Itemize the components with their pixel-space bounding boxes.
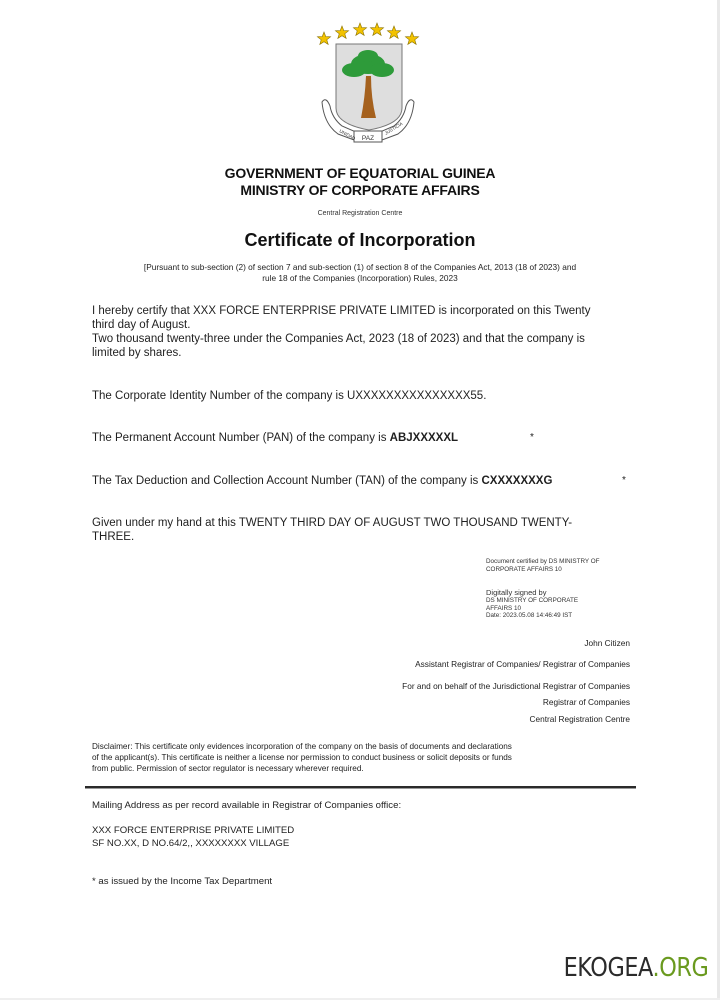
mailing-line-2: SF NO.XX, D NO.64/2,, XXXXXXXX VILLAGE bbox=[92, 837, 294, 850]
certify-line-2: third day of August. bbox=[92, 318, 632, 332]
corporate-identity-number: The Corporate Identity Number of the com… bbox=[92, 389, 486, 403]
mailing-heading: Mailing Address as per record available … bbox=[92, 800, 401, 811]
office-name: Central Registration Centre bbox=[0, 210, 720, 217]
mailing-line-1: XXX FORCE ENTERPRISE PRIVATE LIMITED bbox=[92, 824, 294, 837]
signed-lead: Digitally signed by bbox=[486, 588, 578, 597]
pan-asterisk: * bbox=[530, 432, 534, 443]
tan-value: CXXXXXXXG bbox=[481, 475, 552, 487]
tax-deduction-account-number: The Tax Deduction and Collection Account… bbox=[92, 474, 552, 488]
given-line-1: Given under my hand at this TWENTY THIRD… bbox=[92, 516, 632, 530]
mailing-address: XXX FORCE ENTERPRISE PRIVATE LIMITED SF … bbox=[92, 824, 294, 850]
given-line-2: THREE. bbox=[92, 530, 632, 544]
disclaimer: Disclaimer: This certificate only eviden… bbox=[92, 741, 602, 774]
footnote: * as issued by the Income Tax Department bbox=[92, 876, 272, 887]
ministry-name: MINISTRY OF CORPORATE AFFAIRS bbox=[0, 182, 720, 199]
watermark-name: EKOGEA bbox=[563, 953, 652, 983]
signed-line-1: DS MINISTRY OF CORPORATE bbox=[486, 597, 578, 605]
star-icons bbox=[317, 23, 418, 44]
given-under-hand: Given under my hand at this TWENTY THIRD… bbox=[92, 516, 632, 544]
government-header: GOVERNMENT OF EQUATORIAL GUINEA MINISTRY… bbox=[0, 165, 720, 199]
certification-paragraph: I hereby certify that XXX FORCE ENTERPRI… bbox=[92, 304, 632, 360]
coat-of-arms-emblem: PAZ UNIDAD JUSTICIA bbox=[316, 20, 420, 150]
digital-signature: Digitally signed by DS MINISTRY OF CORPO… bbox=[486, 588, 578, 620]
signatory-role: Assistant Registrar of Companies/ Regist… bbox=[415, 659, 630, 669]
permanent-account-number: The Permanent Account Number (PAN) of th… bbox=[92, 431, 458, 445]
pursuant-line-2: rule 18 of the Companies (Incorporation)… bbox=[0, 273, 720, 284]
watermark-logo: EKOGEA.ORG bbox=[563, 953, 708, 983]
tan-asterisk: * bbox=[622, 475, 626, 486]
certified-line-1: Document certified by DS MINISTRY OF bbox=[486, 558, 600, 566]
pursuant-clause: [Pursuant to sub-section (2) of section … bbox=[0, 262, 720, 284]
certified-line-2: CORPORATE AFFAIRS 10 bbox=[486, 566, 600, 574]
signatory-centre: Central Registration Centre bbox=[529, 714, 630, 724]
disclaimer-line-3: from public. Permission of sector regula… bbox=[92, 763, 602, 774]
signatory-behalf: For and on behalf of the Jurisdictional … bbox=[402, 681, 630, 691]
signatory-registrar: Registrar of Companies bbox=[543, 697, 630, 707]
tan-label: The Tax Deduction and Collection Account… bbox=[92, 475, 481, 487]
disclaimer-line-1: Disclaimer: This certificate only eviden… bbox=[92, 741, 602, 752]
pan-label: The Permanent Account Number (PAN) of th… bbox=[92, 432, 390, 444]
cin-label: The Corporate Identity Number of the com… bbox=[92, 390, 347, 402]
cin-value: UXXXXXXXXXXXXXXX55. bbox=[347, 390, 486, 402]
signed-date: Date: 2023.05.08 14:46:49 IST bbox=[486, 612, 578, 620]
signatory-name: John Citizen bbox=[584, 638, 630, 648]
ribbon-text-center: PAZ bbox=[362, 135, 374, 142]
pan-value: ABJXXXXXL bbox=[390, 432, 458, 444]
government-name: GOVERNMENT OF EQUATORIAL GUINEA bbox=[0, 165, 720, 182]
certificate-title: Certificate of Incorporation bbox=[0, 230, 720, 251]
watermark-tld: .ORG bbox=[652, 953, 708, 983]
document-certified-note: Document certified by DS MINISTRY OF COR… bbox=[486, 558, 600, 573]
certify-line-3: Two thousand twenty-three under the Comp… bbox=[92, 332, 632, 346]
certify-line-1: I hereby certify that XXX FORCE ENTERPRI… bbox=[92, 304, 632, 318]
certify-line-4: limited by shares. bbox=[92, 346, 632, 360]
section-divider bbox=[85, 786, 636, 788]
pursuant-line-1: [Pursuant to sub-section (2) of section … bbox=[0, 262, 720, 273]
signed-line-2: AFFAIRS 10 bbox=[486, 605, 578, 613]
disclaimer-line-2: of the applicant(s). This certificate is… bbox=[92, 752, 602, 763]
